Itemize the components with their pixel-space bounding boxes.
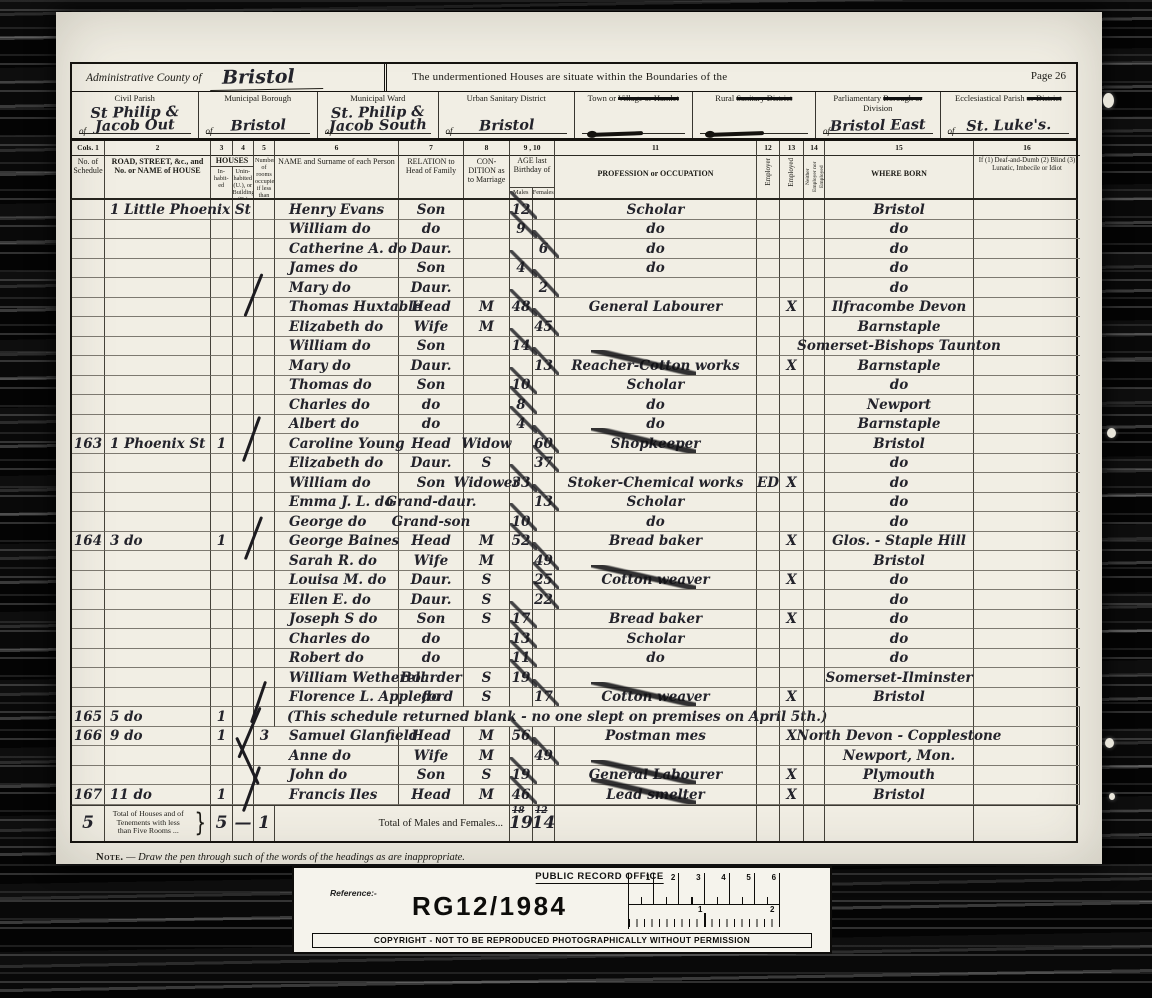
cell-rooms bbox=[254, 610, 275, 630]
cell-ageF: 49 bbox=[533, 551, 555, 571]
cell-neither bbox=[804, 200, 825, 220]
cell-infirm bbox=[974, 629, 1080, 649]
punch-hole bbox=[1103, 93, 1114, 108]
district-cell: Ecclesiastical Parish or DistrictSt. Luk… bbox=[941, 92, 1076, 138]
cell-occ bbox=[555, 454, 757, 474]
cell-sched bbox=[72, 746, 105, 766]
cell-name: Mary do bbox=[275, 278, 399, 298]
cell-emp bbox=[757, 571, 780, 591]
district-label-text: Municipal Ward bbox=[350, 93, 405, 103]
cell-ageM: 19 bbox=[510, 668, 533, 688]
cell-emp bbox=[757, 532, 780, 552]
cell-empd bbox=[780, 376, 804, 396]
cell-neither bbox=[804, 298, 825, 318]
cell-inh bbox=[211, 259, 233, 279]
cell-inh bbox=[211, 337, 233, 357]
cell-occ: General Labourer bbox=[555, 298, 757, 318]
cell-ageM: 33 bbox=[510, 473, 533, 493]
cell-neither bbox=[804, 376, 825, 396]
cell-born: Ilfracombe Devon bbox=[825, 298, 974, 318]
form-header: Administrative County of Bristol The und… bbox=[70, 62, 1078, 92]
ruler-number: 6 bbox=[772, 873, 776, 882]
cell-cond bbox=[464, 395, 510, 415]
district-cell: Municipal WardSt. Philip & Jacob Southof bbox=[318, 92, 439, 138]
cell-uninh bbox=[233, 298, 254, 318]
cell-uninh bbox=[233, 668, 254, 688]
page-number: Page 26 bbox=[1031, 70, 1066, 82]
cell-empd bbox=[780, 200, 804, 220]
cell-empd bbox=[780, 395, 804, 415]
cell-occ: do bbox=[555, 220, 757, 240]
cell-infirm bbox=[974, 649, 1080, 669]
cell-ageM: 11 bbox=[510, 649, 533, 669]
ruler-midtick bbox=[704, 913, 706, 927]
cell-empd: X bbox=[780, 298, 804, 318]
cell-inh: 1 bbox=[211, 707, 233, 727]
cell-neither bbox=[804, 220, 825, 240]
cell-rooms bbox=[254, 473, 275, 493]
totals-houses-line3: than Five Rooms ... bbox=[106, 827, 190, 836]
cell-emp bbox=[757, 434, 780, 454]
cell-rooms bbox=[254, 259, 275, 279]
cell-road bbox=[105, 395, 211, 415]
district-of-line bbox=[582, 121, 685, 134]
cell-infirm bbox=[974, 278, 1080, 298]
cell-occ bbox=[555, 551, 757, 571]
cell-born: do bbox=[825, 473, 974, 493]
cell-neither bbox=[804, 356, 825, 376]
total-uninhabited: — bbox=[233, 806, 254, 841]
cell-rel: do bbox=[399, 395, 464, 415]
cell-infirm bbox=[974, 415, 1080, 435]
cell-infirm bbox=[974, 512, 1080, 532]
cell-ageF: 13 bbox=[533, 356, 555, 376]
cell-rooms bbox=[254, 688, 275, 708]
district-cell: Urban Sanitary DistrictBristolof bbox=[439, 92, 575, 138]
cell-ageM bbox=[510, 571, 533, 591]
cell-ageM bbox=[510, 239, 533, 259]
district-of-line: of bbox=[948, 121, 1069, 134]
cell-ageM: 10 bbox=[510, 512, 533, 532]
cell-sched: 163 bbox=[72, 434, 105, 454]
cell-emp bbox=[757, 259, 780, 279]
cell-sched bbox=[72, 200, 105, 220]
cell-born: do bbox=[825, 259, 974, 279]
cell-sched bbox=[72, 259, 105, 279]
cell-empd bbox=[780, 590, 804, 610]
totals-males-females-label: Total of Males and Females... bbox=[275, 806, 510, 841]
header-inhabited: In-habit-ed bbox=[211, 167, 233, 198]
header-employer-label: Employer bbox=[765, 157, 772, 187]
district-label-text: Municipal Borough bbox=[224, 93, 291, 103]
district-label-struck: or District bbox=[1027, 93, 1062, 103]
cell-uninh bbox=[233, 512, 254, 532]
cell-ageF: 6 bbox=[533, 239, 555, 259]
cell-neither bbox=[804, 688, 825, 708]
totals-row: 5 Total of Houses and of Tenements with … bbox=[70, 805, 1078, 843]
cell-born: Barnstaple bbox=[825, 317, 974, 337]
cell-ageM bbox=[510, 356, 533, 376]
cell-cond bbox=[464, 376, 510, 396]
cell-sched bbox=[72, 590, 105, 610]
cell-road: 9 do bbox=[105, 727, 211, 747]
district-label-text: Rural bbox=[715, 93, 734, 103]
header-road: ROAD, STREET, &c., and No. or NAME of HO… bbox=[105, 155, 211, 198]
cell-uninh bbox=[233, 473, 254, 493]
district-label: Rural Sanitary District bbox=[693, 94, 816, 104]
cell-empd bbox=[780, 259, 804, 279]
cell-cond: Widow bbox=[464, 434, 510, 454]
district-label: Town or Village or Hamlet bbox=[575, 94, 692, 104]
cell-inh: 1 bbox=[211, 727, 233, 747]
cell-uninh bbox=[233, 200, 254, 220]
cell-ageF: 13 bbox=[533, 493, 555, 513]
cell-born: do bbox=[825, 571, 974, 591]
cell-name: Elizabeth do bbox=[275, 317, 399, 337]
cell-cond: S bbox=[464, 610, 510, 630]
cell-name: Henry Evans bbox=[275, 200, 399, 220]
cell-ageM: 9 bbox=[510, 220, 533, 240]
cell-rel: Daur. bbox=[399, 454, 464, 474]
cell-inh bbox=[211, 473, 233, 493]
cell-sched: 165 bbox=[72, 707, 105, 727]
cell-uninh bbox=[233, 239, 254, 259]
cell-rooms bbox=[254, 512, 275, 532]
cell-ageM: 4 bbox=[510, 415, 533, 435]
district-of-line bbox=[700, 121, 809, 134]
header-schedule: No. of Schedule bbox=[72, 155, 105, 198]
cell-sched bbox=[72, 668, 105, 688]
cell-born: Bristol bbox=[825, 551, 974, 571]
reference-number: RG12/1984 bbox=[412, 891, 567, 922]
ruler-number: 1 bbox=[646, 873, 650, 882]
header-employer: Employer bbox=[757, 155, 780, 198]
cell-neither bbox=[804, 629, 825, 649]
district-of-line: of bbox=[446, 121, 567, 134]
cell-neither bbox=[804, 610, 825, 630]
cell-road bbox=[105, 220, 211, 240]
cell-sched bbox=[72, 395, 105, 415]
cell-neither bbox=[804, 239, 825, 259]
cell-ageM: 10 bbox=[510, 376, 533, 396]
cell-emp bbox=[757, 356, 780, 376]
col-num: 8 bbox=[464, 141, 510, 156]
cell-name: William do bbox=[275, 473, 399, 493]
reference-label: Reference:- bbox=[330, 888, 377, 898]
total-rooms: 1 bbox=[254, 806, 275, 841]
cell-born: Somerset-Ilminster bbox=[825, 668, 974, 688]
cell-empd bbox=[780, 239, 804, 259]
cell-cond bbox=[464, 200, 510, 220]
cell-occ: Bread baker bbox=[555, 610, 757, 630]
cell-inh bbox=[211, 220, 233, 240]
cell-occ: do bbox=[555, 395, 757, 415]
cell-emp bbox=[757, 337, 780, 357]
cell-empd: X bbox=[780, 473, 804, 493]
cell-inh bbox=[211, 376, 233, 396]
cell-ageF bbox=[533, 649, 555, 669]
cell-infirm bbox=[974, 473, 1080, 493]
cell-born: do bbox=[825, 629, 974, 649]
cell-ageM bbox=[510, 590, 533, 610]
cell-cond bbox=[464, 278, 510, 298]
cell-rel: Daur. bbox=[399, 278, 464, 298]
cell-neither bbox=[804, 278, 825, 298]
cell-road bbox=[105, 649, 211, 669]
cell-rooms bbox=[254, 707, 275, 727]
cell-ageF bbox=[533, 668, 555, 688]
ruler-number: 1 bbox=[698, 905, 702, 914]
header-houses-title: HOUSES bbox=[211, 155, 253, 167]
district-label-struck: Sanitary District bbox=[736, 93, 792, 103]
cell-sched bbox=[72, 766, 105, 786]
column-numbers-row: Cols. 1 2 3 4 5 6 7 8 9 , 10 11 12 13 14… bbox=[70, 140, 1078, 155]
situate-text: The undermentioned Houses are situate wi… bbox=[412, 71, 727, 83]
cell-name: Thomas do bbox=[275, 376, 399, 396]
cell-name: Caroline Young bbox=[275, 434, 399, 454]
cell-rooms bbox=[254, 220, 275, 240]
cell-road bbox=[105, 590, 211, 610]
cell-occ bbox=[555, 746, 757, 766]
cell-emp bbox=[757, 220, 780, 240]
cell-name: Robert do bbox=[275, 649, 399, 669]
cell-rel: Wife bbox=[399, 317, 464, 337]
cell-inh bbox=[211, 493, 233, 513]
cell-emp bbox=[757, 551, 780, 571]
cell-infirm bbox=[974, 259, 1080, 279]
col-num: 5 bbox=[254, 141, 275, 156]
cell-rooms bbox=[254, 356, 275, 376]
cell-infirm bbox=[974, 220, 1080, 240]
cell-infirm bbox=[974, 727, 1080, 747]
header-neither: Neither Employer nor Employed bbox=[804, 155, 825, 198]
cell-neither bbox=[804, 434, 825, 454]
col-num: 15 bbox=[825, 141, 974, 156]
cell-name: Albert do bbox=[275, 415, 399, 435]
district-label-text: Ecclesiastical Parish bbox=[955, 93, 1025, 103]
cell-name: John do bbox=[275, 766, 399, 786]
totals-empty-cell bbox=[825, 806, 974, 841]
cell-empd bbox=[780, 220, 804, 240]
cell-rooms bbox=[254, 571, 275, 591]
total-females-value: 14 bbox=[532, 813, 556, 833]
cell-rel: Wife bbox=[399, 551, 464, 571]
cell-emp bbox=[757, 727, 780, 747]
cell-cond bbox=[464, 356, 510, 376]
cell-emp bbox=[757, 668, 780, 688]
cell-emp bbox=[757, 376, 780, 396]
cell-infirm bbox=[974, 551, 1080, 571]
col-num: 16 bbox=[974, 141, 1080, 156]
ruler-cm-scale: 1 2 bbox=[629, 905, 780, 927]
cell-cond: S bbox=[464, 688, 510, 708]
cell-infirm bbox=[974, 688, 1080, 708]
punch-hole bbox=[1107, 428, 1116, 438]
cell-rel: Son bbox=[399, 200, 464, 220]
cell-inh bbox=[211, 512, 233, 532]
cell-born bbox=[825, 707, 974, 727]
cell-emp bbox=[757, 707, 780, 727]
cell-rooms bbox=[254, 200, 275, 220]
cell-name: Elizabeth do bbox=[275, 454, 399, 474]
cell-name: Catherine A. do bbox=[275, 239, 399, 259]
cell-inh bbox=[211, 590, 233, 610]
cell-inh bbox=[211, 298, 233, 318]
cell-name: George do bbox=[275, 512, 399, 532]
cell-born: Somerset-Bishops Taunton bbox=[825, 337, 974, 357]
cell-rel: Head bbox=[399, 298, 464, 318]
cell-ageF bbox=[533, 766, 555, 786]
cell-neither bbox=[804, 493, 825, 513]
cell-rel: do bbox=[399, 688, 464, 708]
census-table-body: 1 Little Phoenix StHenry EvansSon12Schol… bbox=[70, 200, 1078, 805]
cell-rel: Son bbox=[399, 259, 464, 279]
cell-neither bbox=[804, 473, 825, 493]
total-schedule-count: 5 bbox=[72, 806, 105, 841]
cell-name: Charles do bbox=[275, 395, 399, 415]
cell-road: 1 Little Phoenix St bbox=[105, 200, 211, 220]
cell-rooms bbox=[254, 766, 275, 786]
header-condition: CON-DITION as to Marriage bbox=[464, 155, 510, 198]
cell-sched bbox=[72, 473, 105, 493]
cell-ageM: 14 bbox=[510, 337, 533, 357]
cell-rooms bbox=[254, 376, 275, 396]
cell-neither bbox=[804, 551, 825, 571]
cell-neither bbox=[804, 512, 825, 532]
district-label-text: Town or bbox=[588, 93, 616, 103]
ruler-cell: 1 bbox=[629, 873, 654, 904]
cell-born: do bbox=[825, 493, 974, 513]
cell-neither bbox=[804, 766, 825, 786]
totals-empty-cell bbox=[974, 806, 1080, 841]
cell-empd bbox=[780, 668, 804, 688]
cell-occ: Scholar bbox=[555, 493, 757, 513]
cell-inh: 1 bbox=[211, 434, 233, 454]
district-cell: Civil ParishSt Philip & Jacob Outof bbox=[72, 92, 199, 138]
cell-inh bbox=[211, 668, 233, 688]
cell-infirm bbox=[974, 707, 1080, 727]
cell-empd: X bbox=[780, 688, 804, 708]
district-label-line2: Division bbox=[816, 104, 940, 114]
cell-rooms bbox=[254, 629, 275, 649]
cell-rel: do bbox=[399, 220, 464, 240]
cell-ageF: 45 bbox=[533, 317, 555, 337]
cell-emp bbox=[757, 610, 780, 630]
ruler-number: 4 bbox=[721, 873, 725, 882]
total-females: 12 14 bbox=[533, 806, 555, 841]
cell-rel: Head bbox=[399, 434, 464, 454]
district-label-text: Parliamentary bbox=[833, 93, 881, 103]
cell-neither bbox=[804, 454, 825, 474]
district-row: Civil ParishSt Philip & Jacob OutofMunic… bbox=[70, 92, 1078, 140]
cell-sched bbox=[72, 629, 105, 649]
district-of-line: of bbox=[823, 121, 933, 134]
cell-rel: do bbox=[399, 415, 464, 435]
totals-empty-cell bbox=[804, 806, 825, 841]
cell-cond bbox=[464, 337, 510, 357]
strike-mark bbox=[590, 131, 643, 136]
cell-name: Emma J. L. do bbox=[275, 493, 399, 513]
header-neither-label: Neither Employer nor Employed bbox=[805, 157, 825, 196]
cell-born: do bbox=[825, 512, 974, 532]
cell-emp bbox=[757, 629, 780, 649]
district-cell: Town or Village or Hamlet bbox=[575, 92, 693, 138]
cell-road: 11 do bbox=[105, 785, 211, 805]
footnote: Note. — Draw the pen through such of the… bbox=[96, 852, 465, 863]
cell-ageM: 17 bbox=[510, 610, 533, 630]
district-label-struck: Borough or bbox=[883, 93, 922, 103]
cell-emp: ED bbox=[757, 473, 780, 493]
district-of-line: of bbox=[206, 121, 311, 134]
cell-rel: Daur. bbox=[399, 239, 464, 259]
cell-sched bbox=[72, 337, 105, 357]
cell-name: William do bbox=[275, 220, 399, 240]
cell-neither bbox=[804, 746, 825, 766]
cell-ageF: 22 bbox=[533, 590, 555, 610]
cell-inh: 1 bbox=[211, 785, 233, 805]
cell-road bbox=[105, 356, 211, 376]
cell-emp bbox=[757, 766, 780, 786]
total-males: 18 19 bbox=[510, 806, 533, 841]
cell-sched: 164 bbox=[72, 532, 105, 552]
cell-uninh bbox=[233, 727, 254, 747]
cell-ageM: 8 bbox=[510, 395, 533, 415]
cell-uninh bbox=[233, 766, 254, 786]
cell-cond bbox=[464, 493, 510, 513]
strike-mark bbox=[708, 131, 765, 136]
cell-road bbox=[105, 493, 211, 513]
footnote-text: — Draw the pen through such of the words… bbox=[126, 852, 465, 863]
cell-sched bbox=[72, 571, 105, 591]
cell-ageF bbox=[533, 220, 555, 240]
cell-rel: Boarder bbox=[399, 668, 464, 688]
header-employed-label: Employed bbox=[788, 157, 795, 188]
cell-inh bbox=[211, 610, 233, 630]
cell-ageF: 60 bbox=[533, 434, 555, 454]
header-females: Females bbox=[533, 188, 555, 198]
cell-inh bbox=[211, 454, 233, 474]
cell-rel: Wife bbox=[399, 746, 464, 766]
cell-inh bbox=[211, 239, 233, 259]
cell-uninh bbox=[233, 415, 254, 435]
cell-infirm bbox=[974, 337, 1080, 357]
cell-rooms bbox=[254, 649, 275, 669]
cell-empd bbox=[780, 454, 804, 474]
cell-emp bbox=[757, 200, 780, 220]
cell-name: William Wetherell bbox=[275, 668, 399, 688]
header-males: Males bbox=[510, 188, 533, 198]
of-label: of bbox=[446, 126, 453, 136]
cell-infirm bbox=[974, 610, 1080, 630]
cell-ageF: 17 bbox=[533, 688, 555, 708]
census-page: Administrative County of Bristol The und… bbox=[56, 12, 1102, 864]
cell-rooms bbox=[254, 337, 275, 357]
cell-ageM: 12 bbox=[510, 200, 533, 220]
of-label: of bbox=[948, 126, 955, 136]
cell-ageM: 13 bbox=[510, 629, 533, 649]
col-num: 12 bbox=[757, 141, 780, 156]
cell-name: Sarah R. do bbox=[275, 551, 399, 571]
cell-infirm bbox=[974, 785, 1080, 805]
cell-rel: Grand-son bbox=[399, 512, 464, 532]
cell-uninh bbox=[233, 395, 254, 415]
cell-emp bbox=[757, 454, 780, 474]
totals-empty-cell bbox=[555, 806, 757, 841]
cell-infirm bbox=[974, 200, 1080, 220]
district-label: Ecclesiastical Parish or District bbox=[941, 94, 1076, 104]
cell-sched bbox=[72, 376, 105, 396]
cell-emp bbox=[757, 590, 780, 610]
